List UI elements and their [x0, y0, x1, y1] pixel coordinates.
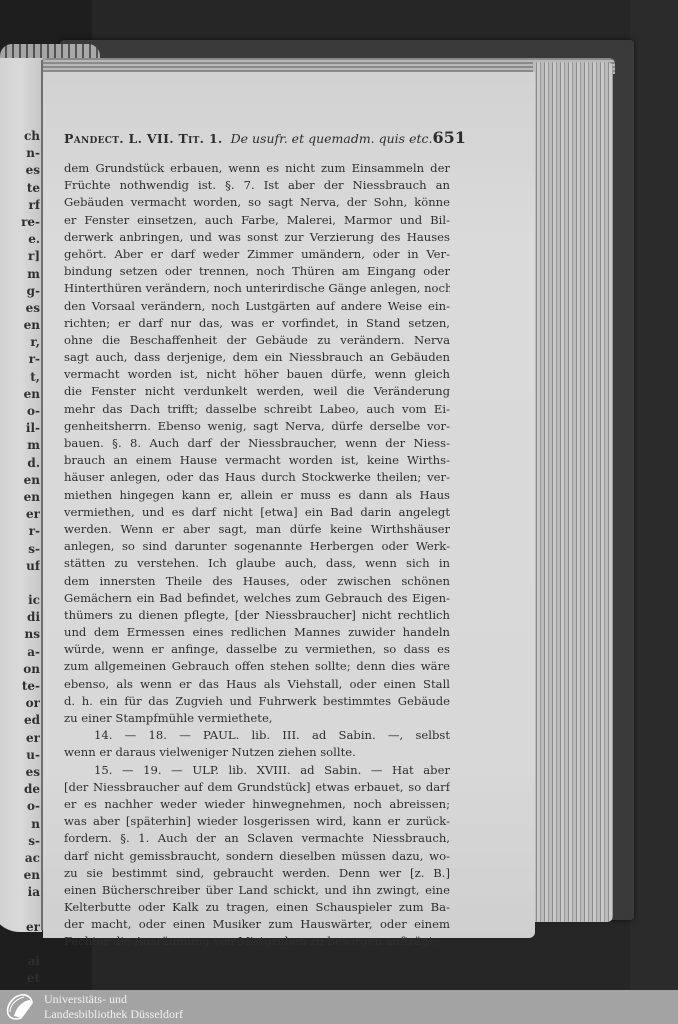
running-head-title: De usufr. et quemadm. quis etc. — [231, 131, 433, 146]
running-head: Pandect. L. VII. Tit. 1. De usufr. et qu… — [64, 128, 450, 147]
text-line: sagt auch, dass derjenige, dem ein Niess… — [64, 349, 450, 366]
text-line: werden. Wenn er aber sagt, man dürfe kei… — [64, 521, 450, 538]
left-page-line-fragment: uf — [0, 558, 40, 575]
viewer-footer-bar: Universitäts- und Landesbibliothek Düsse… — [0, 990, 678, 1024]
text-line: er es nachher weder wieder hinwegnehmen,… — [64, 796, 450, 813]
running-head-section: Pandect. L. VII. Tit. 1. — [64, 131, 223, 146]
text-line: gehört. Aber er darf weder Zimmer umände… — [64, 246, 450, 263]
left-page-line-fragment: ai — [0, 953, 40, 970]
left-page-line-fragment: n — [0, 816, 40, 833]
text-line: vermacht worden ist, nicht höher bauen d… — [64, 366, 450, 383]
library-book-logo-icon[interactable] — [4, 992, 36, 1022]
text-line: 14. — 18. — PAUL. lib. III. ad Sabin. —,… — [64, 727, 450, 744]
text-line: dem innersten Theile des Hauses, oder zw… — [64, 573, 450, 590]
left-page-line-fragment: il- — [0, 420, 40, 437]
left-page-line-fragment: en — [0, 489, 40, 506]
left-page-line-fragment: en — [0, 472, 40, 489]
text-line: würde, wenn er anfinge, dasselbe zu verm… — [64, 641, 450, 658]
text-line: Kelterbutte oder Kalk zu tragen, einen S… — [64, 899, 450, 916]
left-page-line-fragment: t, — [0, 369, 40, 386]
text-line: 15. — 19. — ULP. lib. XVIII. ad Sabin. —… — [64, 762, 450, 779]
text-line: den Vorsaal verändern, noch Lustgärten a… — [64, 298, 450, 315]
left-page-line-fragment: ns — [0, 626, 40, 643]
left-page-line-fragment: ac — [0, 850, 40, 867]
text-line: anlegen, so sind darunter sogenannte Her… — [64, 538, 450, 555]
left-page-line-fragment: o- — [0, 403, 40, 420]
left-page-line-fragment: es — [0, 764, 40, 781]
text-line: stätten zu verstehen. Ich glaube auch, d… — [64, 555, 450, 572]
left-page-line-fragment: er — [0, 506, 40, 523]
text-line: Hinterthüren verändern, noch unterirdisc… — [64, 280, 450, 297]
left-page-line-fragment: r, — [0, 334, 40, 351]
left-page-line-fragment: ia — [0, 884, 40, 901]
left-page-line-fragment: de — [0, 781, 40, 798]
text-line: mehr das Dach trifft; dasselbe schreibt … — [64, 401, 450, 418]
book-gutter — [41, 60, 43, 930]
text-line: Gebäuden vermacht worden, so sagt Nerva,… — [64, 194, 450, 211]
left-page-line-fragment — [0, 901, 40, 918]
text-line: miethen hingegen kann er, allein er muss… — [64, 487, 450, 504]
text-line: der macht, oder einen Musiker zum Hauswä… — [64, 916, 450, 933]
left-page-line-fragment: e. — [0, 231, 40, 248]
page-block-fore-edge — [533, 62, 613, 922]
left-page-line-fragment: on — [0, 661, 40, 678]
scan-background-right — [630, 0, 678, 990]
text-line: [der Niessbraucher auf dem Grundstück] e… — [64, 779, 450, 796]
left-page-line-fragment: te- — [0, 678, 40, 695]
text-line: Früchte nothwendig ist. §. 7. Ist aber d… — [64, 177, 450, 194]
left-page-line-fragment: a- — [0, 644, 40, 661]
text-line: derwerk anbringen, und was sonst zur Ver… — [64, 229, 450, 246]
left-page-line-fragment: di — [0, 609, 40, 626]
left-page-line-fragment: er — [0, 919, 40, 936]
text-line: thümers zu dienen pflegte, [der Niessbra… — [64, 607, 450, 624]
text-line: bindung setzen oder trennen, noch Thüren… — [64, 263, 450, 280]
left-page-line-fragment: r] — [0, 248, 40, 265]
left-page-line-fragment: es — [0, 300, 40, 317]
left-page-line-fragment: ch — [0, 128, 40, 145]
left-page-line-fragment: d. — [0, 455, 40, 472]
left-page-text-fragments: chn-esterfre-e.r]mg-esenr,r-t,eno-il-md.… — [0, 128, 40, 987]
text-line: fordern. §. 1. Auch der an Sclaven verma… — [64, 830, 450, 847]
text-line: häuser anlegen, oder das Haus durch Stoc… — [64, 469, 450, 486]
text-line: ebenso, als wenn er das Haus als Viehsta… — [64, 676, 450, 693]
left-page-line-fragment: er — [0, 730, 40, 747]
scanned-book-image: chn-esterfre-e.r]mg-esenr,r-t,eno-il-md.… — [0, 0, 678, 990]
text-line: zum allgemeinen Gebrauch offen stehen so… — [64, 658, 450, 675]
left-page-line-fragment: re- — [0, 214, 40, 231]
institution-line-2: Landesbibliothek Düsseldorf — [44, 1007, 183, 1022]
left-page-line-fragment: r- — [0, 351, 40, 368]
text-line: brauch an einem Hause vermacht worden is… — [64, 452, 450, 469]
left-page-line-fragment: m — [0, 437, 40, 454]
left-page-line-fragment: u- — [0, 747, 40, 764]
text-line: und dem Ermessen eines redlichen Mannes … — [64, 624, 450, 641]
text-line: wenn er daraus vielweniger Nutzen ziehen… — [64, 744, 450, 761]
left-page-line-fragment: et — [0, 970, 40, 987]
left-page-line-fragment: en — [0, 386, 40, 403]
text-line: zu einer Stampfmühle vermiethete, — [64, 710, 450, 727]
text-line: Fechter die Ausräumung von Mistgruben zu… — [64, 933, 450, 950]
left-page-line-fragment: es — [0, 162, 40, 179]
text-line: darf nicht gemissbraucht, sondern diesel… — [64, 848, 450, 865]
institution-name[interactable]: Universitäts- und Landesbibliothek Düsse… — [44, 992, 183, 1022]
left-page-line-fragment: or — [0, 695, 40, 712]
text-line: genheitsherrn. Ebenso wenig, sagt Nerva,… — [64, 418, 450, 435]
text-line: zu sie bestimmt sind, gebraucht werden. … — [64, 865, 450, 882]
text-line: einen Bücherschreiber über Land schickt,… — [64, 882, 450, 899]
text-line: Gemächern ein Bad befindet, welches zum … — [64, 590, 450, 607]
left-page-line-fragment: r- — [0, 523, 40, 540]
text-line: vermiethen, und es darf nicht [etwa] ein… — [64, 504, 450, 521]
left-page-line-fragment — [0, 936, 40, 953]
text-line: er Fenster einsetzen, auch Farbe, Malere… — [64, 212, 450, 229]
text-line: ohne die Beschaffenheit der Gebäude zu v… — [64, 332, 450, 349]
left-page-line-fragment: ic — [0, 592, 40, 609]
left-page-line-fragment: te — [0, 180, 40, 197]
text-line: die Fenster nicht verdunkelt werden, wei… — [64, 383, 450, 400]
left-page-line-fragment — [0, 575, 40, 592]
page-body-text: dem Grundstück erbauen, wenn es nicht zu… — [64, 160, 450, 951]
left-page-line-fragment: s- — [0, 833, 40, 850]
text-line: dem Grundstück erbauen, wenn es nicht zu… — [64, 160, 450, 177]
left-page-line-fragment: rf — [0, 197, 40, 214]
page-number: 651 — [432, 128, 465, 147]
left-page-line-fragment: m — [0, 266, 40, 283]
text-line: bauen. §. 8. Auch darf der Niessbraucher… — [64, 435, 450, 452]
left-page-line-fragment: s- — [0, 541, 40, 558]
left-page-line-fragment: o- — [0, 798, 40, 815]
text-line: d. h. ein für das Zugvieh und Fuhrwerk b… — [64, 693, 450, 710]
text-line: was aber [späterhin] wieder losgerissen … — [64, 813, 450, 830]
text-line: richten; er darf nur das, was er vorfind… — [64, 315, 450, 332]
left-page-line-fragment: g- — [0, 283, 40, 300]
left-page-line-fragment: en — [0, 317, 40, 334]
left-page-line-fragment: n- — [0, 145, 40, 162]
institution-line-1: Universitäts- und — [44, 992, 183, 1007]
left-page-line-fragment: ed — [0, 712, 40, 729]
left-page-line-fragment: en — [0, 867, 40, 884]
